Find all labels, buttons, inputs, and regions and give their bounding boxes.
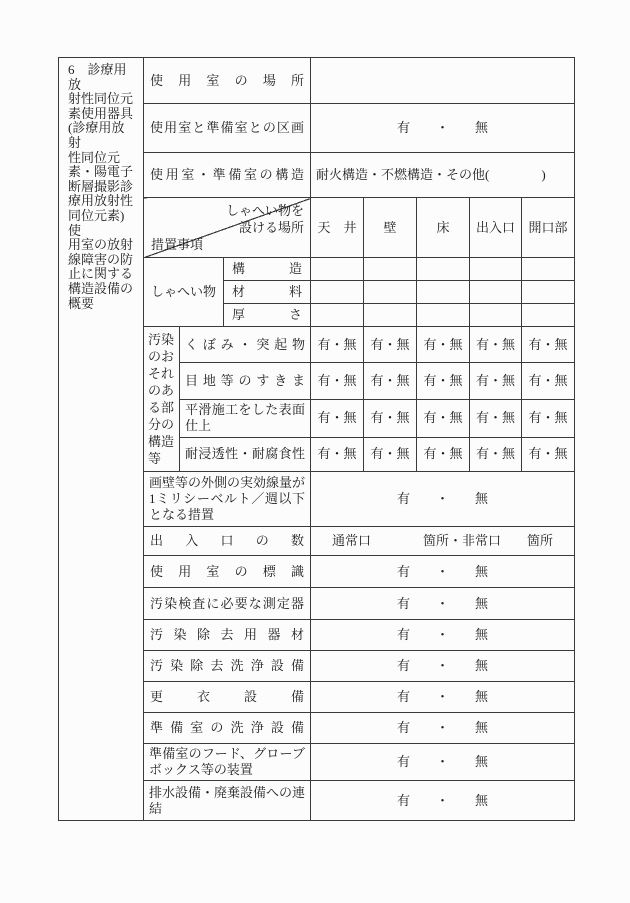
availability-cell: 有・無 bbox=[522, 437, 575, 471]
row-label-partition: 使用室と準備室との区画 bbox=[144, 104, 311, 153]
row-value-decontamination-equipment: 有 ・ 無 bbox=[311, 620, 575, 651]
shield-cell-wall bbox=[364, 281, 417, 304]
availability-cell: 有・無 bbox=[364, 327, 417, 363]
shield-cell-doorway bbox=[470, 258, 522, 281]
row-value-room-location bbox=[311, 58, 575, 104]
contamination-row-label-joints: 目地等のすきま bbox=[180, 363, 311, 399]
availability-cell: 有・無 bbox=[522, 399, 575, 437]
col-header-doorway: 出入口 bbox=[470, 198, 522, 258]
row-label-entrance-count: 出入口の数 bbox=[144, 527, 311, 556]
shield-cell-opening bbox=[522, 304, 575, 327]
row-value-drainage-connection: 有 ・ 無 bbox=[311, 781, 575, 821]
availability-cell: 有・無 bbox=[470, 437, 522, 471]
col-header-ceiling: 天 井 bbox=[311, 198, 364, 258]
shield-cell-floor bbox=[417, 281, 470, 304]
availability-cell: 有・無 bbox=[417, 327, 470, 363]
availability-cell: 有・無 bbox=[311, 437, 364, 471]
section-header-cell: 6 診療用放 射性同位元 素使用器具 (診療用放射 性同位元 素・陽電子 断層撮… bbox=[59, 58, 144, 821]
availability-cell: 有・無 bbox=[470, 363, 522, 399]
row-value-survey-meter: 有 ・ 無 bbox=[311, 588, 575, 620]
row-value-room-sign: 有 ・ 無 bbox=[311, 556, 575, 588]
shield-cell-wall bbox=[364, 258, 417, 281]
radioisotope-room-structure-table: 6 診療用放 射性同位元 素使用器具 (診療用放射 性同位元 素・陽電子 断層撮… bbox=[58, 57, 575, 821]
contamination-row-label-resistance: 耐浸透性・耐腐食性 bbox=[180, 437, 311, 471]
row-label-prep-room-hood: 準備室のフード、グローブボックス等の装置 bbox=[144, 744, 311, 781]
contamination-row-label-smooth-finish: 平滑施工をした表面仕上 bbox=[180, 399, 311, 437]
col-header-opening: 開口部 bbox=[522, 198, 575, 258]
availability-cell: 有・無 bbox=[522, 327, 575, 363]
row-label-decontamination-equipment: 汚染除去用器材 bbox=[144, 620, 311, 651]
shield-cell-opening bbox=[522, 281, 575, 304]
contamination-row-label-recess: くぼみ・突起物 bbox=[180, 327, 311, 363]
row-label-drainage-connection: 排水設備・廃棄設備への連結 bbox=[144, 781, 311, 821]
row-value-partition: 有 ・ 無 bbox=[311, 104, 575, 153]
row-label-prep-room-washing: 準備室の洗浄設備 bbox=[144, 713, 311, 744]
row-label-room-sign: 使用室の標識 bbox=[144, 556, 311, 588]
shield-row-label-structure: 構造 bbox=[224, 258, 311, 281]
row-label-structure: 使用室・準備室の構造 bbox=[144, 153, 311, 198]
row-value-prep-room-hood: 有 ・ 無 bbox=[311, 744, 575, 781]
availability-cell: 有・無 bbox=[311, 327, 364, 363]
availability-cell: 有・無 bbox=[311, 399, 364, 437]
availability-cell: 有・無 bbox=[470, 327, 522, 363]
row-label-room-location: 使用室の場所 bbox=[144, 58, 311, 104]
shield-row-label-thickness: 厚さ bbox=[224, 304, 311, 327]
row-value-effective-dose: 有 ・ 無 bbox=[311, 472, 575, 527]
col-header-wall: 壁 bbox=[364, 198, 417, 258]
shield-cell-wall bbox=[364, 304, 417, 327]
row-value-changing-facility: 有 ・ 無 bbox=[311, 682, 575, 713]
row-value-entrance-count: 通常口 箇所・非常口 箇所 bbox=[311, 527, 575, 556]
row-value-structure: 耐火構造・不燃構造・その他( ) bbox=[311, 153, 575, 198]
contamination-group-label: 汚染のおそれのある部分の構造等 bbox=[144, 327, 180, 472]
availability-cell: 有・無 bbox=[417, 399, 470, 437]
shield-cell-floor bbox=[417, 258, 470, 281]
diagonal-header-cell: しゃへい物を 設ける場所 措置事項 bbox=[144, 198, 311, 258]
row-label-survey-meter: 汚染検査に必要な測定器 bbox=[144, 588, 311, 620]
shield-cell-ceiling bbox=[311, 281, 364, 304]
availability-cell: 有・無 bbox=[417, 363, 470, 399]
shield-cell-opening bbox=[522, 258, 575, 281]
row-value-prep-room-washing: 有 ・ 無 bbox=[311, 713, 575, 744]
availability-cell: 有・無 bbox=[417, 437, 470, 471]
availability-cell: 有・無 bbox=[364, 363, 417, 399]
shield-row-label-material: 材料 bbox=[224, 281, 311, 304]
shield-cell-doorway bbox=[470, 304, 522, 327]
col-header-floor: 床 bbox=[417, 198, 470, 258]
diagonal-header-top-label: しゃへい物を 設ける場所 bbox=[226, 202, 304, 236]
shield-cell-ceiling bbox=[311, 304, 364, 327]
row-label-decontamination-washing: 汚染除去洗浄設備 bbox=[144, 651, 311, 682]
availability-cell: 有・無 bbox=[364, 437, 417, 471]
availability-cell: 有・無 bbox=[311, 363, 364, 399]
row-label-changing-facility: 更衣設備 bbox=[144, 682, 311, 713]
row-label-effective-dose: 画壁等の外側の実効線量が1ミリシーベルト／週以下となる措置 bbox=[144, 472, 311, 527]
shield-cell-floor bbox=[417, 304, 470, 327]
availability-cell: 有・無 bbox=[470, 399, 522, 437]
diagonal-header-bottom-label: 措置事項 bbox=[151, 237, 203, 253]
row-value-decontamination-washing: 有 ・ 無 bbox=[311, 651, 575, 682]
shield-cell-doorway bbox=[470, 281, 522, 304]
shield-label: しゃへい物 bbox=[144, 258, 224, 327]
shield-cell-ceiling bbox=[311, 258, 364, 281]
availability-cell: 有・無 bbox=[364, 399, 417, 437]
document-page: 6 診療用放 射性同位元 素使用器具 (診療用放射 性同位元 素・陽電子 断層撮… bbox=[0, 0, 630, 903]
availability-cell: 有・無 bbox=[522, 363, 575, 399]
